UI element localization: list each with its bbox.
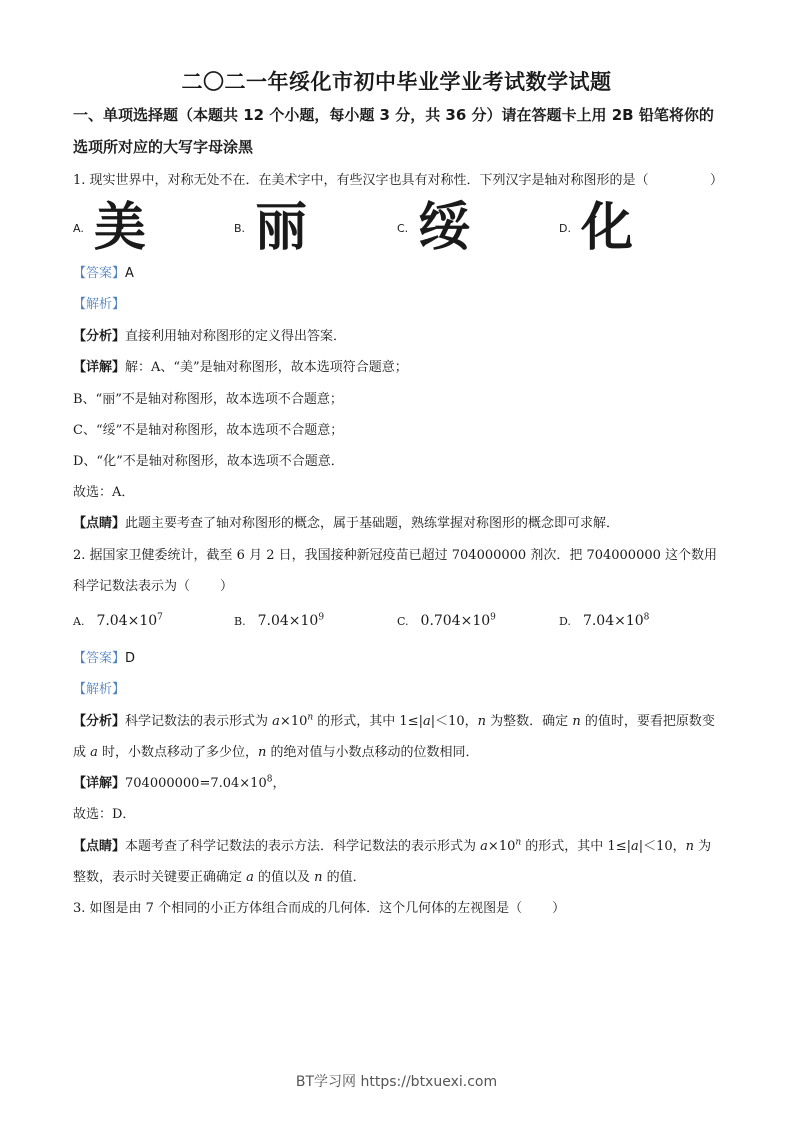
question-number: 2. xyxy=(73,548,85,563)
explanation-line: D、“化”不是轴对称图形，故本选项不合题意． xyxy=(73,453,723,471)
section-heading-line1: 一、单项选择题（本题共 12 个小题，每小题 3 分，共 36 分）请在答题卡上… xyxy=(73,106,723,124)
analysis-tag: 【解析】 xyxy=(73,297,125,312)
option-b: B. 丽 xyxy=(234,198,307,258)
explanation-line: 【点睛】此题主要考查了轴对称图形的概念，属于基础题，熟练掌握对称图形的概念即可求… xyxy=(73,515,723,533)
explanation-line: 【分析】直接利用轴对称图形的定义得出答案． xyxy=(73,328,723,346)
analysis-tag-line: 【解析】 xyxy=(73,681,723,699)
answer-tag: 【答案】 xyxy=(73,651,125,666)
question-number: 3. xyxy=(73,901,85,916)
question-1-options: A. 美 B. 丽 C. 绥 D. 化 xyxy=(73,198,733,258)
option-d: D. 化 xyxy=(559,198,633,258)
question-1-stem: 1. 现实世界中，对称无处不在．在美术字中，有些汉字也具有对称性．下列汉字是轴对… xyxy=(73,172,723,190)
answer-value: D xyxy=(125,651,135,666)
question-number: 1. xyxy=(73,173,85,188)
question-3-stem: 3. 如图是由 7 个相同的小正方体组合而成的几何体．这个几何体的左视图是（） xyxy=(73,900,723,918)
explanation-line: 【分析】科学记数法的表示形式为 a×10n 的形式，其中 1≤|a|＜10，n … xyxy=(73,713,723,731)
option-a: A.7.04×107 xyxy=(73,613,163,629)
analysis-tag: 【解析】 xyxy=(73,682,125,697)
question-text: 现实世界中，对称无处不在．在美术字中，有些汉字也具有对称性．下列汉字是轴对称图形… xyxy=(90,173,649,188)
exam-page: 二〇二一年绥化市初中毕业学业考试数学试题 一、单项选择题（本题共 12 个小题，… xyxy=(0,0,793,1122)
footer-watermark: BT学习网 https://btxuexi.com xyxy=(0,1071,793,1091)
option-letter: D. xyxy=(559,222,571,235)
option-letter: A. xyxy=(73,222,84,235)
question-2-stem-line2: 科学记数法表示为（） xyxy=(73,578,723,596)
option-b: B.7.04×109 xyxy=(234,613,324,629)
answer-value: A xyxy=(125,266,134,281)
option-character-image: 绥 xyxy=(418,198,470,258)
explanation-line: 【点睛】本题考查了科学记数法的表示方法．科学记数法的表示形式为 a×10n 的形… xyxy=(73,838,723,856)
option-d: D.7.04×108 xyxy=(559,613,649,629)
explanation-line: C、“绥”不是轴对称图形，故本选项不合题意； xyxy=(73,422,723,440)
analysis-tag-line: 【解析】 xyxy=(73,296,723,314)
option-character-image: 美 xyxy=(94,198,146,258)
question-2-stem-line1: 2. 据国家卫健委统计，截至 6 月 2 日，我国接种新冠疫苗已超过 70400… xyxy=(73,547,723,565)
option-character-image: 化 xyxy=(581,198,633,258)
option-a: A. 美 xyxy=(73,198,146,258)
answer-line: 【答案】D xyxy=(73,650,723,668)
answer-line: 【答案】A xyxy=(73,265,723,283)
explanation-line: 【详解】解：A、“美”是轴对称图形，故本选项符合题意； xyxy=(73,359,723,377)
option-character-image: 丽 xyxy=(255,198,307,258)
explanation-line: 整数，表示时关键要正确确定 a 的值以及 n 的值． xyxy=(73,869,723,887)
page-title: 二〇二一年绥化市初中毕业学业考试数学试题 xyxy=(0,66,793,96)
explanation-line: 故选：A． xyxy=(73,484,723,502)
option-c: C.0.704×109 xyxy=(397,613,496,629)
option-letter: C. xyxy=(397,222,408,235)
answer-blank-close: ） xyxy=(710,172,723,190)
explanation-line: 成 a 时，小数点移动了多少位，n 的绝对值与小数点移动的位数相同． xyxy=(73,744,723,762)
explanation-line: B、“丽”不是轴对称图形，故本选项不合题意； xyxy=(73,391,723,409)
explanation-line: 【详解】704000000=7.04×108， xyxy=(73,775,723,793)
answer-tag: 【答案】 xyxy=(73,266,125,281)
option-letter: B. xyxy=(234,222,245,235)
option-c: C. 绥 xyxy=(397,198,470,258)
section-heading-line2: 选项所对应的大写字母涂黑 xyxy=(73,138,723,156)
explanation-line: 故选：D． xyxy=(73,806,723,824)
